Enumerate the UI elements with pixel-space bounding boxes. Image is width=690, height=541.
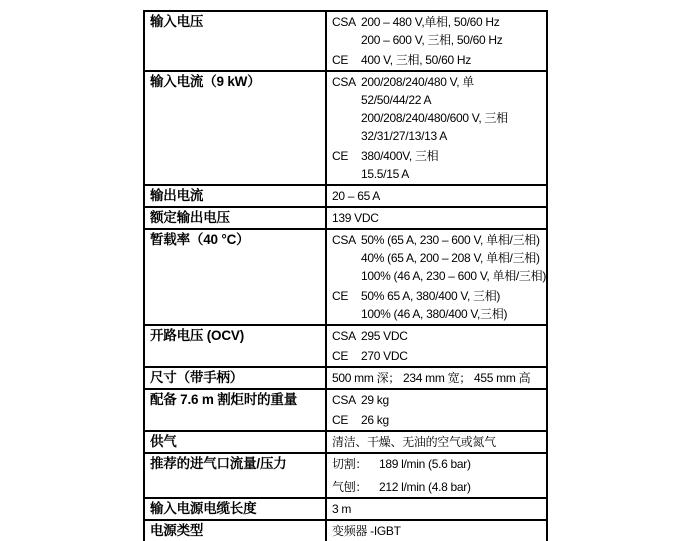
spec-value-line: 32/31/27/13/13 A <box>332 127 543 145</box>
spec-value-text: 189 l/min (5.6 bar) <box>379 455 471 473</box>
spec-value-text: 32/31/27/13/13 A <box>361 127 447 145</box>
spec-label: 配备 7.6 m 割炬时的重量 <box>144 389 326 431</box>
spec-value: CSA200 – 480 V,单相, 50/60 Hz200 – 600 V, … <box>326 11 547 71</box>
spec-value-line: 100% (46 A, 380/400 V,三相) <box>332 305 543 323</box>
cert-tag: CE <box>332 411 361 429</box>
table-row: 配备 7.6 m 割炬时的重量CSA29 kgCE26 kg <box>144 389 547 431</box>
spec-value: CSA295 VDCCE270 VDC <box>326 325 547 367</box>
spec-value-text: 380/400V, 三相 <box>361 147 438 165</box>
table-row: 暂载率（40 °C）CSA50% (65 A, 230 – 600 V, 单相/… <box>144 229 547 325</box>
table-row: 推荐的进气口流量/压力切割：189 l/min (5.6 bar)气刨：212 … <box>144 453 547 498</box>
spec-label: 输入电压 <box>144 11 326 71</box>
cert-tag: CSA <box>332 13 361 31</box>
table-row: 供气清洁、干燥、无油的空气或氮气 <box>144 431 547 453</box>
spec-value-line: CE50% 65 A, 380/400 V, 三相) <box>332 287 543 305</box>
spec-value: CSA29 kgCE26 kg <box>326 389 547 431</box>
spec-value-text: 200 – 480 V,单相, 50/60 Hz <box>361 13 499 31</box>
spec-value-text: 200/208/240/480 V, 单 <box>361 73 474 91</box>
table-row: 输入电压CSA200 – 480 V,单相, 50/60 Hz200 – 600… <box>144 11 547 71</box>
spec-table: 输入电压CSA200 – 480 V,单相, 50/60 Hz200 – 600… <box>143 10 548 541</box>
spec-value-text: 50% 65 A, 380/400 V, 三相) <box>361 287 500 305</box>
table-row: 额定输出电压139 VDC <box>144 207 547 229</box>
spec-value: 3 m <box>326 498 547 520</box>
table-row: 电源类型变频器 -IGBT <box>144 520 547 541</box>
spec-value-line: CSA295 VDC <box>332 327 543 345</box>
cert-tag: CE <box>332 51 361 69</box>
table-row: 尺寸（带手柄）500 mm 深； 234 mm 宽； 455 mm 高 <box>144 367 547 389</box>
cert-tag: CSA <box>332 73 361 91</box>
spec-label: 尺寸（带手柄） <box>144 367 326 389</box>
spec-value-line: CSA200/208/240/480 V, 单 <box>332 73 543 91</box>
cert-tag: CSA <box>332 231 361 249</box>
spec-label: 额定输出电压 <box>144 207 326 229</box>
spec-label: 供气 <box>144 431 326 453</box>
cert-tag: CSA <box>332 327 361 345</box>
table-row: 输入电源电缆长度3 m <box>144 498 547 520</box>
spec-label: 输入电源电缆长度 <box>144 498 326 520</box>
spec-value-line: 52/50/44/22 A <box>332 91 543 109</box>
spec-value-line: CSA200 – 480 V,单相, 50/60 Hz <box>332 13 543 31</box>
spec-value-line: 100% (46 A, 230 – 600 V, 单相/三相) <box>332 267 543 285</box>
page: 输入电压CSA200 – 480 V,单相, 50/60 Hz200 – 600… <box>0 0 690 541</box>
spec-value-text: 100% (46 A, 380/400 V,三相) <box>361 305 507 323</box>
spec-value: 20 – 65 A <box>326 185 547 207</box>
cert-tag: CE <box>332 287 361 305</box>
flow-tag: 气刨： <box>332 478 379 496</box>
spec-value-text: 26 kg <box>361 411 389 429</box>
spec-value-line: 200/208/240/480/600 V, 三相 <box>332 109 543 127</box>
spec-value-text: 212 l/min (4.8 bar) <box>379 478 471 496</box>
spec-label: 开路电压 (OCV) <box>144 325 326 367</box>
spec-value-line: CE400 V, 三相, 50/60 Hz <box>332 51 543 69</box>
spec-label: 输出电流 <box>144 185 326 207</box>
spec-value: 139 VDC <box>326 207 547 229</box>
spec-value-line: 气刨：212 l/min (4.8 bar) <box>332 478 543 496</box>
table-row: 输入电流（9 kW）CSA200/208/240/480 V, 单52/50/4… <box>144 71 547 185</box>
table-row: 开路电压 (OCV)CSA295 VDCCE270 VDC <box>144 325 547 367</box>
spec-value-line: CE26 kg <box>332 411 543 429</box>
spec-value: 清洁、干燥、无油的空气或氮气 <box>326 431 547 453</box>
spec-table-body: 输入电压CSA200 – 480 V,单相, 50/60 Hz200 – 600… <box>144 11 547 541</box>
spec-value-text: 100% (46 A, 230 – 600 V, 单相/三相) <box>361 267 546 285</box>
spec-label: 电源类型 <box>144 520 326 541</box>
cert-tag: CE <box>332 347 361 365</box>
spec-label: 推荐的进气口流量/压力 <box>144 453 326 498</box>
spec-value: 切割：189 l/min (5.6 bar)气刨：212 l/min (4.8 … <box>326 453 547 498</box>
spec-value-line: CE380/400V, 三相 <box>332 147 543 165</box>
spec-value-text: 40% (65 A, 200 – 208 V, 单相/三相) <box>361 249 540 267</box>
spec-value-text: 50% (65 A, 230 – 600 V, 单相/三相) <box>361 231 540 249</box>
spec-value-text: 400 V, 三相, 50/60 Hz <box>361 51 471 69</box>
spec-value-line: 200 – 600 V, 三相, 50/60 Hz <box>332 31 543 49</box>
spec-value-line: CSA29 kg <box>332 391 543 409</box>
spec-value-text: 52/50/44/22 A <box>361 91 431 109</box>
spec-label: 输入电流（9 kW） <box>144 71 326 185</box>
spec-value-text: 200 – 600 V, 三相, 50/60 Hz <box>361 31 503 49</box>
spec-value-text: 29 kg <box>361 391 389 409</box>
flow-tag: 切割： <box>332 455 379 473</box>
spec-value-text: 15.5/15 A <box>361 165 409 183</box>
spec-value-line: CSA50% (65 A, 230 – 600 V, 单相/三相) <box>332 231 543 249</box>
spec-value-line: 40% (65 A, 200 – 208 V, 单相/三相) <box>332 249 543 267</box>
spec-value-line: 15.5/15 A <box>332 165 543 183</box>
spec-value-text: 200/208/240/480/600 V, 三相 <box>361 109 508 127</box>
spec-value: CSA200/208/240/480 V, 单52/50/44/22 A200/… <box>326 71 547 185</box>
spec-value-line: 切割：189 l/min (5.6 bar) <box>332 455 543 473</box>
spec-value: 500 mm 深； 234 mm 宽； 455 mm 高 <box>326 367 547 389</box>
table-row: 输出电流20 – 65 A <box>144 185 547 207</box>
cert-tag: CE <box>332 147 361 165</box>
cert-tag: CSA <box>332 391 361 409</box>
spec-value: CSA50% (65 A, 230 – 600 V, 单相/三相)40% (65… <box>326 229 547 325</box>
spec-value: 变频器 -IGBT <box>326 520 547 541</box>
spec-value-line: CE270 VDC <box>332 347 543 365</box>
spec-value-text: 295 VDC <box>361 327 408 345</box>
spec-value-text: 270 VDC <box>361 347 408 365</box>
spec-label: 暂载率（40 °C） <box>144 229 326 325</box>
